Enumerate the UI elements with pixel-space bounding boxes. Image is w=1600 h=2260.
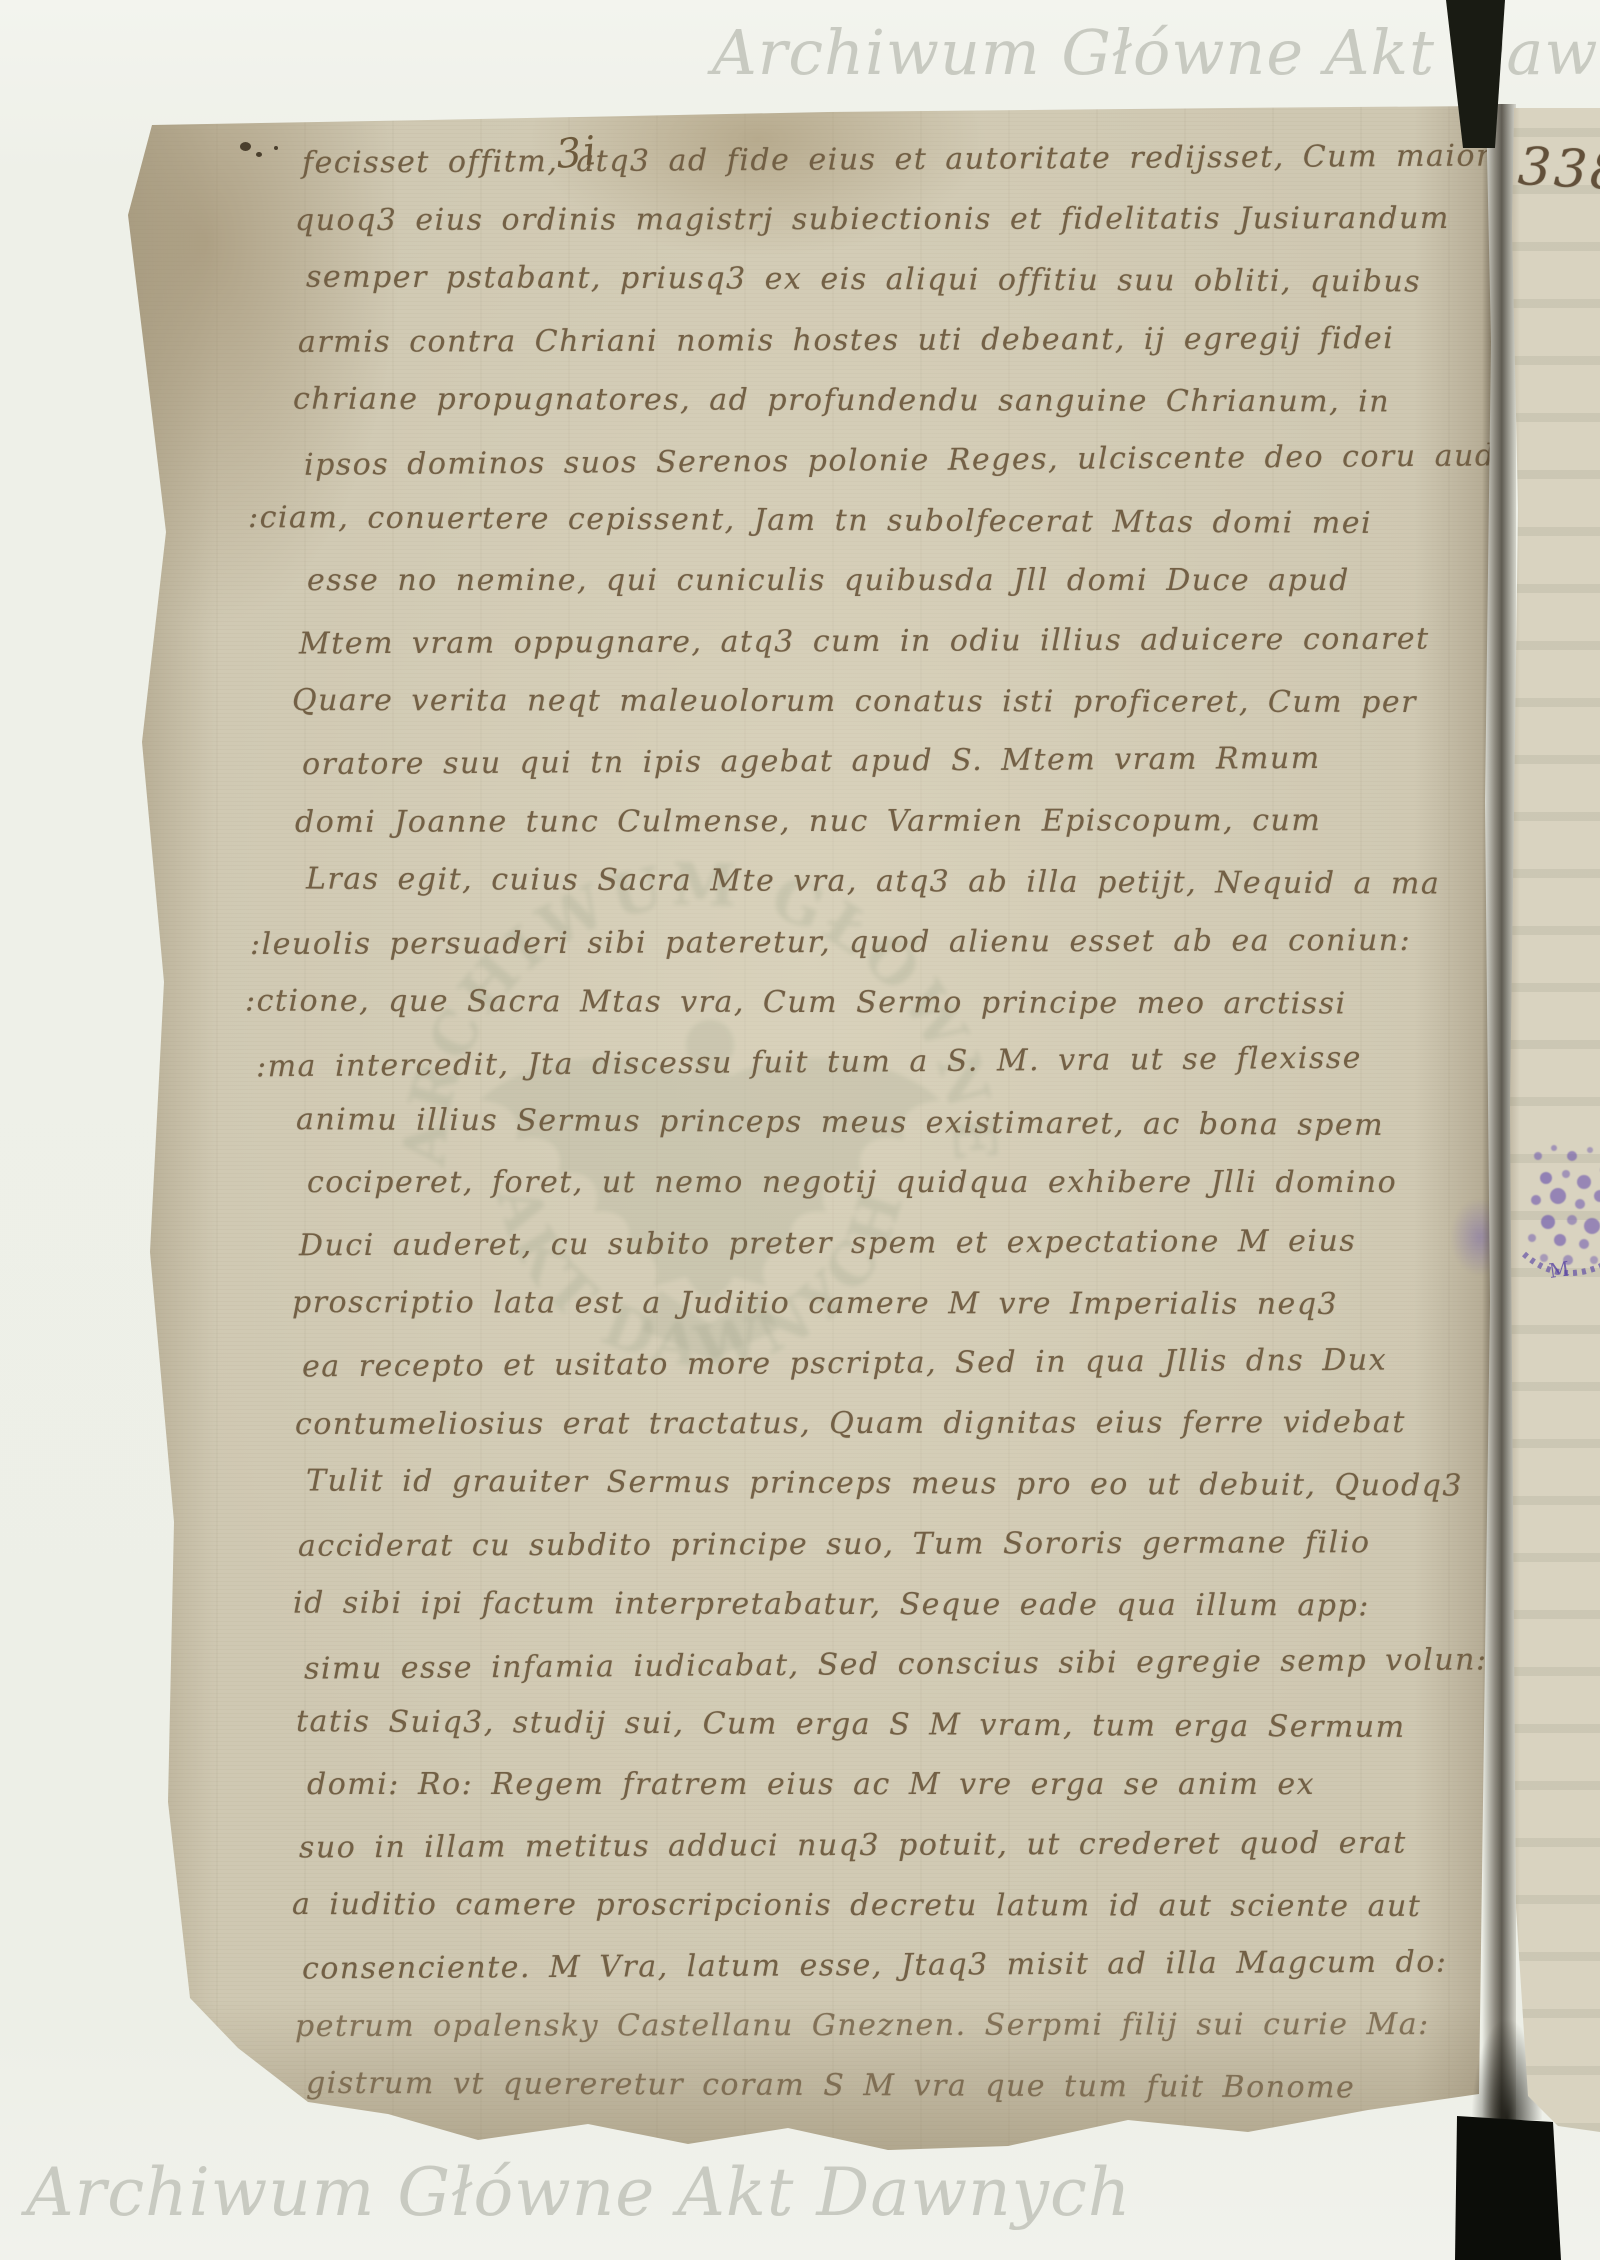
manuscript-line: acciderat cu subdito principe suo, Tum S… <box>298 1525 1371 1564</box>
archive-ink-stamp: M <box>1520 1126 1600 1302</box>
manuscript-line: suo in illam metitus adduci nuq3 potuit,… <box>299 1825 1407 1865</box>
manuscript-line: Tulit id grauiter Sermus princeps meus p… <box>306 1464 1463 1504</box>
manuscript-line: :leuolis persuaderi sibi pateretur, quod… <box>250 923 1411 962</box>
manuscript-line: tatis Suiq3, studij sui, Cum erga S M vr… <box>296 1704 1406 1745</box>
manuscript-page: ARCHIWUM GŁÓWNE AKT DAWNYCH 3i fecisset … <box>128 102 1494 2150</box>
archive-watermark-bottom: Archiwum Główne Akt Dawnych <box>26 2154 1131 2231</box>
manuscript-line: quoq3 eius ordinis magistrj subiectionis… <box>295 201 1450 238</box>
svg-text:M: M <box>1547 1256 1571 1283</box>
manuscript-line: armis contra Chriani nomis hostes uti de… <box>298 321 1394 360</box>
scanned-manuscript-view: Archiwum Główne Akt Dawnych Archiwum Głó… <box>0 0 1600 2260</box>
manuscript-line: :ma intercedit, Jta discessu fuit tum a … <box>256 1041 1362 1085</box>
manuscript-line: fecisset offitm, atq3 ad fide eius et au… <box>302 138 1528 180</box>
manuscript-line: gistrum vt quereretur coram S M vra que … <box>306 2066 1355 2106</box>
manuscript-line: Duci auderet, cu subito preter spem et e… <box>299 1223 1356 1263</box>
manuscript-line: animu illius Sermus princeps meus existi… <box>296 1102 1384 1143</box>
manuscript-line: id sibi ipi factum interpretabatur, Sequ… <box>293 1585 1370 1623</box>
manuscript-line: esse no nemine, qui cuniculis quibusda J… <box>307 563 1350 598</box>
manuscript-line: Mtem vram oppugnare, atq3 cum in odiu il… <box>299 621 1430 661</box>
manuscript-line: cociperet, foret, ut nemo negotij quidqu… <box>307 1165 1397 1200</box>
manuscript-line: simu esse infamia iudicabat, Sed consciu… <box>304 1642 1488 1686</box>
manuscript-line: a iuditio camere proscripcionis decretu … <box>292 1887 1421 1924</box>
manuscript-line: :ctione, que Sacra Mtas vra, Cum Sermo p… <box>245 983 1347 1021</box>
manuscript-line: oratore suu qui tn ipis agebat apud S. M… <box>302 741 1321 782</box>
adjacent-page: 338 M <box>1506 108 1600 2132</box>
manuscript-line: domi Joanne tunc Culmense, nuc Varmien E… <box>295 803 1321 840</box>
manuscript-line: proscriptio lata est a Juditio camere M … <box>292 1285 1338 1322</box>
paper-edge-shading <box>128 102 218 2150</box>
manuscript-line: semper pstabant, priusq3 ex eis aliqui o… <box>306 260 1421 300</box>
manuscript-line: chriane propugnatores, ad profundendu sa… <box>293 381 1390 419</box>
manuscript-line: ipsos dominos suos Serenos polonie Reges… <box>304 438 1515 483</box>
manuscript-line: contumeliosius erat tractatus, Quam dign… <box>295 1405 1406 1442</box>
manuscript-line: :ciam, conuertere cepissent, Jam tn subo… <box>248 500 1372 541</box>
paper-stain <box>128 102 408 642</box>
manuscript-line: Quare verita neqt maleuolorum conatus is… <box>292 683 1417 720</box>
ink-speck <box>256 152 262 157</box>
manuscript-line: ea recepto et usitato more pscripta, Sed… <box>302 1343 1387 1385</box>
binding-tape-bottom <box>1455 2112 1561 2260</box>
ink-speck <box>240 142 251 151</box>
manuscript-line: consenciente. M Vra, latum esse, Jtaq3 m… <box>302 1945 1448 1987</box>
manuscript-line: petrum opalensky Castellanu Gneznen. Ser… <box>295 2007 1430 2044</box>
manuscript-line: domi: Ro: Regem fratrem eius ac M vre er… <box>307 1767 1315 1802</box>
folio-number: 338 <box>1517 137 1600 203</box>
manuscript-line: Lras egit, cuius Sacra Mte vra, atq3 ab … <box>306 862 1440 902</box>
ink-speck <box>274 146 278 150</box>
